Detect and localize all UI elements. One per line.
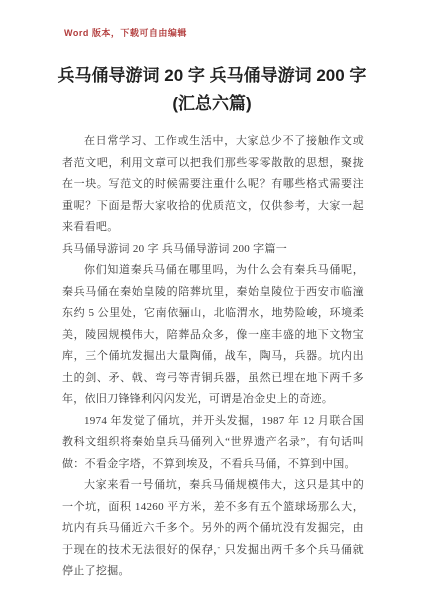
document-title: 兵马俑导游词 20 字 兵马俑导游词 200 字 (汇总六篇) — [0, 0, 424, 118]
document-body: 在日常学习、工作或生活中，大家总少不了接触作文或者范文吧，利用文章可以把我们那些… — [62, 131, 364, 583]
document-page: Word 版本，下载可自由编辑 兵马俑导游词 20 字 兵马俑导游词 200 字… — [0, 0, 424, 600]
title-line-2: (汇总六篇) — [0, 90, 424, 118]
paragraph: 你们知道秦兵马俑在哪里吗，为什么会有秦兵马俑呢，秦兵马俑在秦始皇陵的陪葬坑里，秦… — [62, 260, 364, 411]
paragraph: 大家来看一号俑坑，秦兵马俑规模伟大，这只是其中的一个坑，面积 14260 平方米… — [62, 475, 364, 583]
section-heading: 兵马俑导游词 20 字 兵马俑导游词 200 字篇一 — [62, 239, 364, 261]
paragraph: 1974 年发觉了俑坑，并开头发掘，1987 年 12 月联合国教科文组织将秦始… — [62, 411, 364, 476]
title-line-1: 兵马俑导游词 20 字 兵马俑导游词 200 字 — [0, 62, 424, 90]
paragraph: 在日常学习、工作或生活中，大家总少不了接触作文或者范文吧，利用文章可以把我们那些… — [62, 131, 364, 239]
page-number: - 1 - — [0, 543, 424, 552]
watermark-text: Word 版本，下载可自由编辑 — [64, 26, 187, 39]
